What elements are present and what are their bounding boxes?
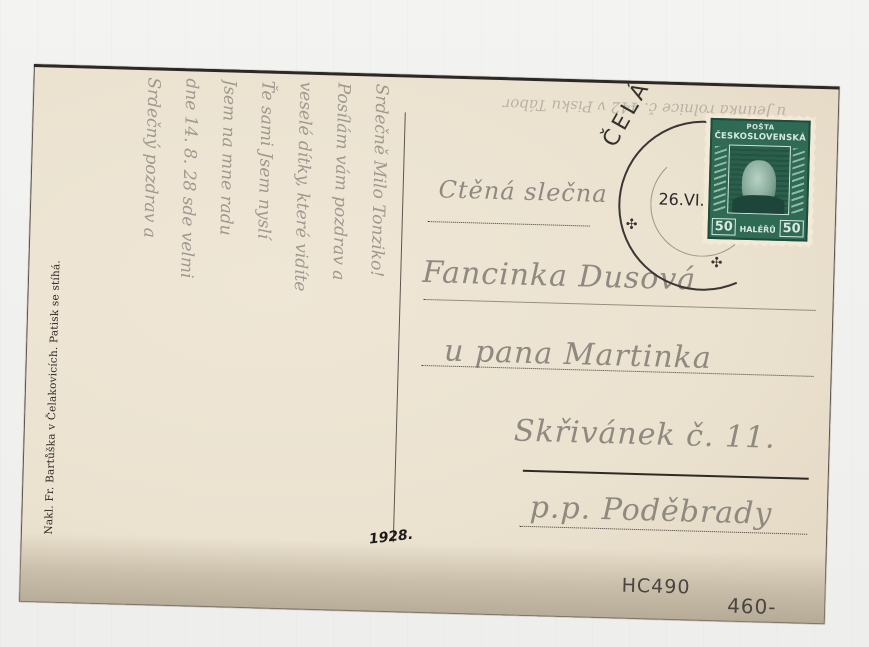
stamp-country: ČESKOSLOVENSKÁ [712,131,808,144]
postcard-back: Nakl. Fr. Bartůška v Čelakovicích. Patis… [19,64,840,624]
price-note: 460- [727,594,777,619]
handwritten-message: Srdečně Milo Tonziko! Posílám vám pozdra… [69,75,402,554]
portrait-body-icon [732,195,784,214]
laurel-icon [713,146,727,211]
address-line-1: Ctěná slečna [438,175,608,208]
year-mark: 1928. [368,527,414,548]
address-dotted-line [428,221,590,227]
stamp-value-right: 50 [779,220,804,238]
stamp-portrait [727,144,791,215]
address-line-5: p.p. Poděbrady [529,490,772,532]
postmark-date: 26.VI. [658,189,705,209]
postmark-star-icon: ✣ [626,217,638,233]
address-dotted-line [424,299,816,311]
address-underline [523,470,809,480]
stamp-design: POŠTA ČESKOSLOVENSKÁ 50 HALÉŘŮ 50 [707,118,810,242]
publisher-imprint: Nakl. Fr. Bartůška v Čelakovicích. Patis… [43,260,63,535]
postmark-star-icon: ✣ [710,255,722,271]
laurel-icon [791,148,805,213]
address-line-4: Skřivánek č. 11. [513,414,776,456]
postage-stamp: POŠTA ČESKOSLOVENSKÁ 50 HALÉŘŮ 50 [701,113,817,248]
catalog-code-note: HC490 [621,575,690,599]
